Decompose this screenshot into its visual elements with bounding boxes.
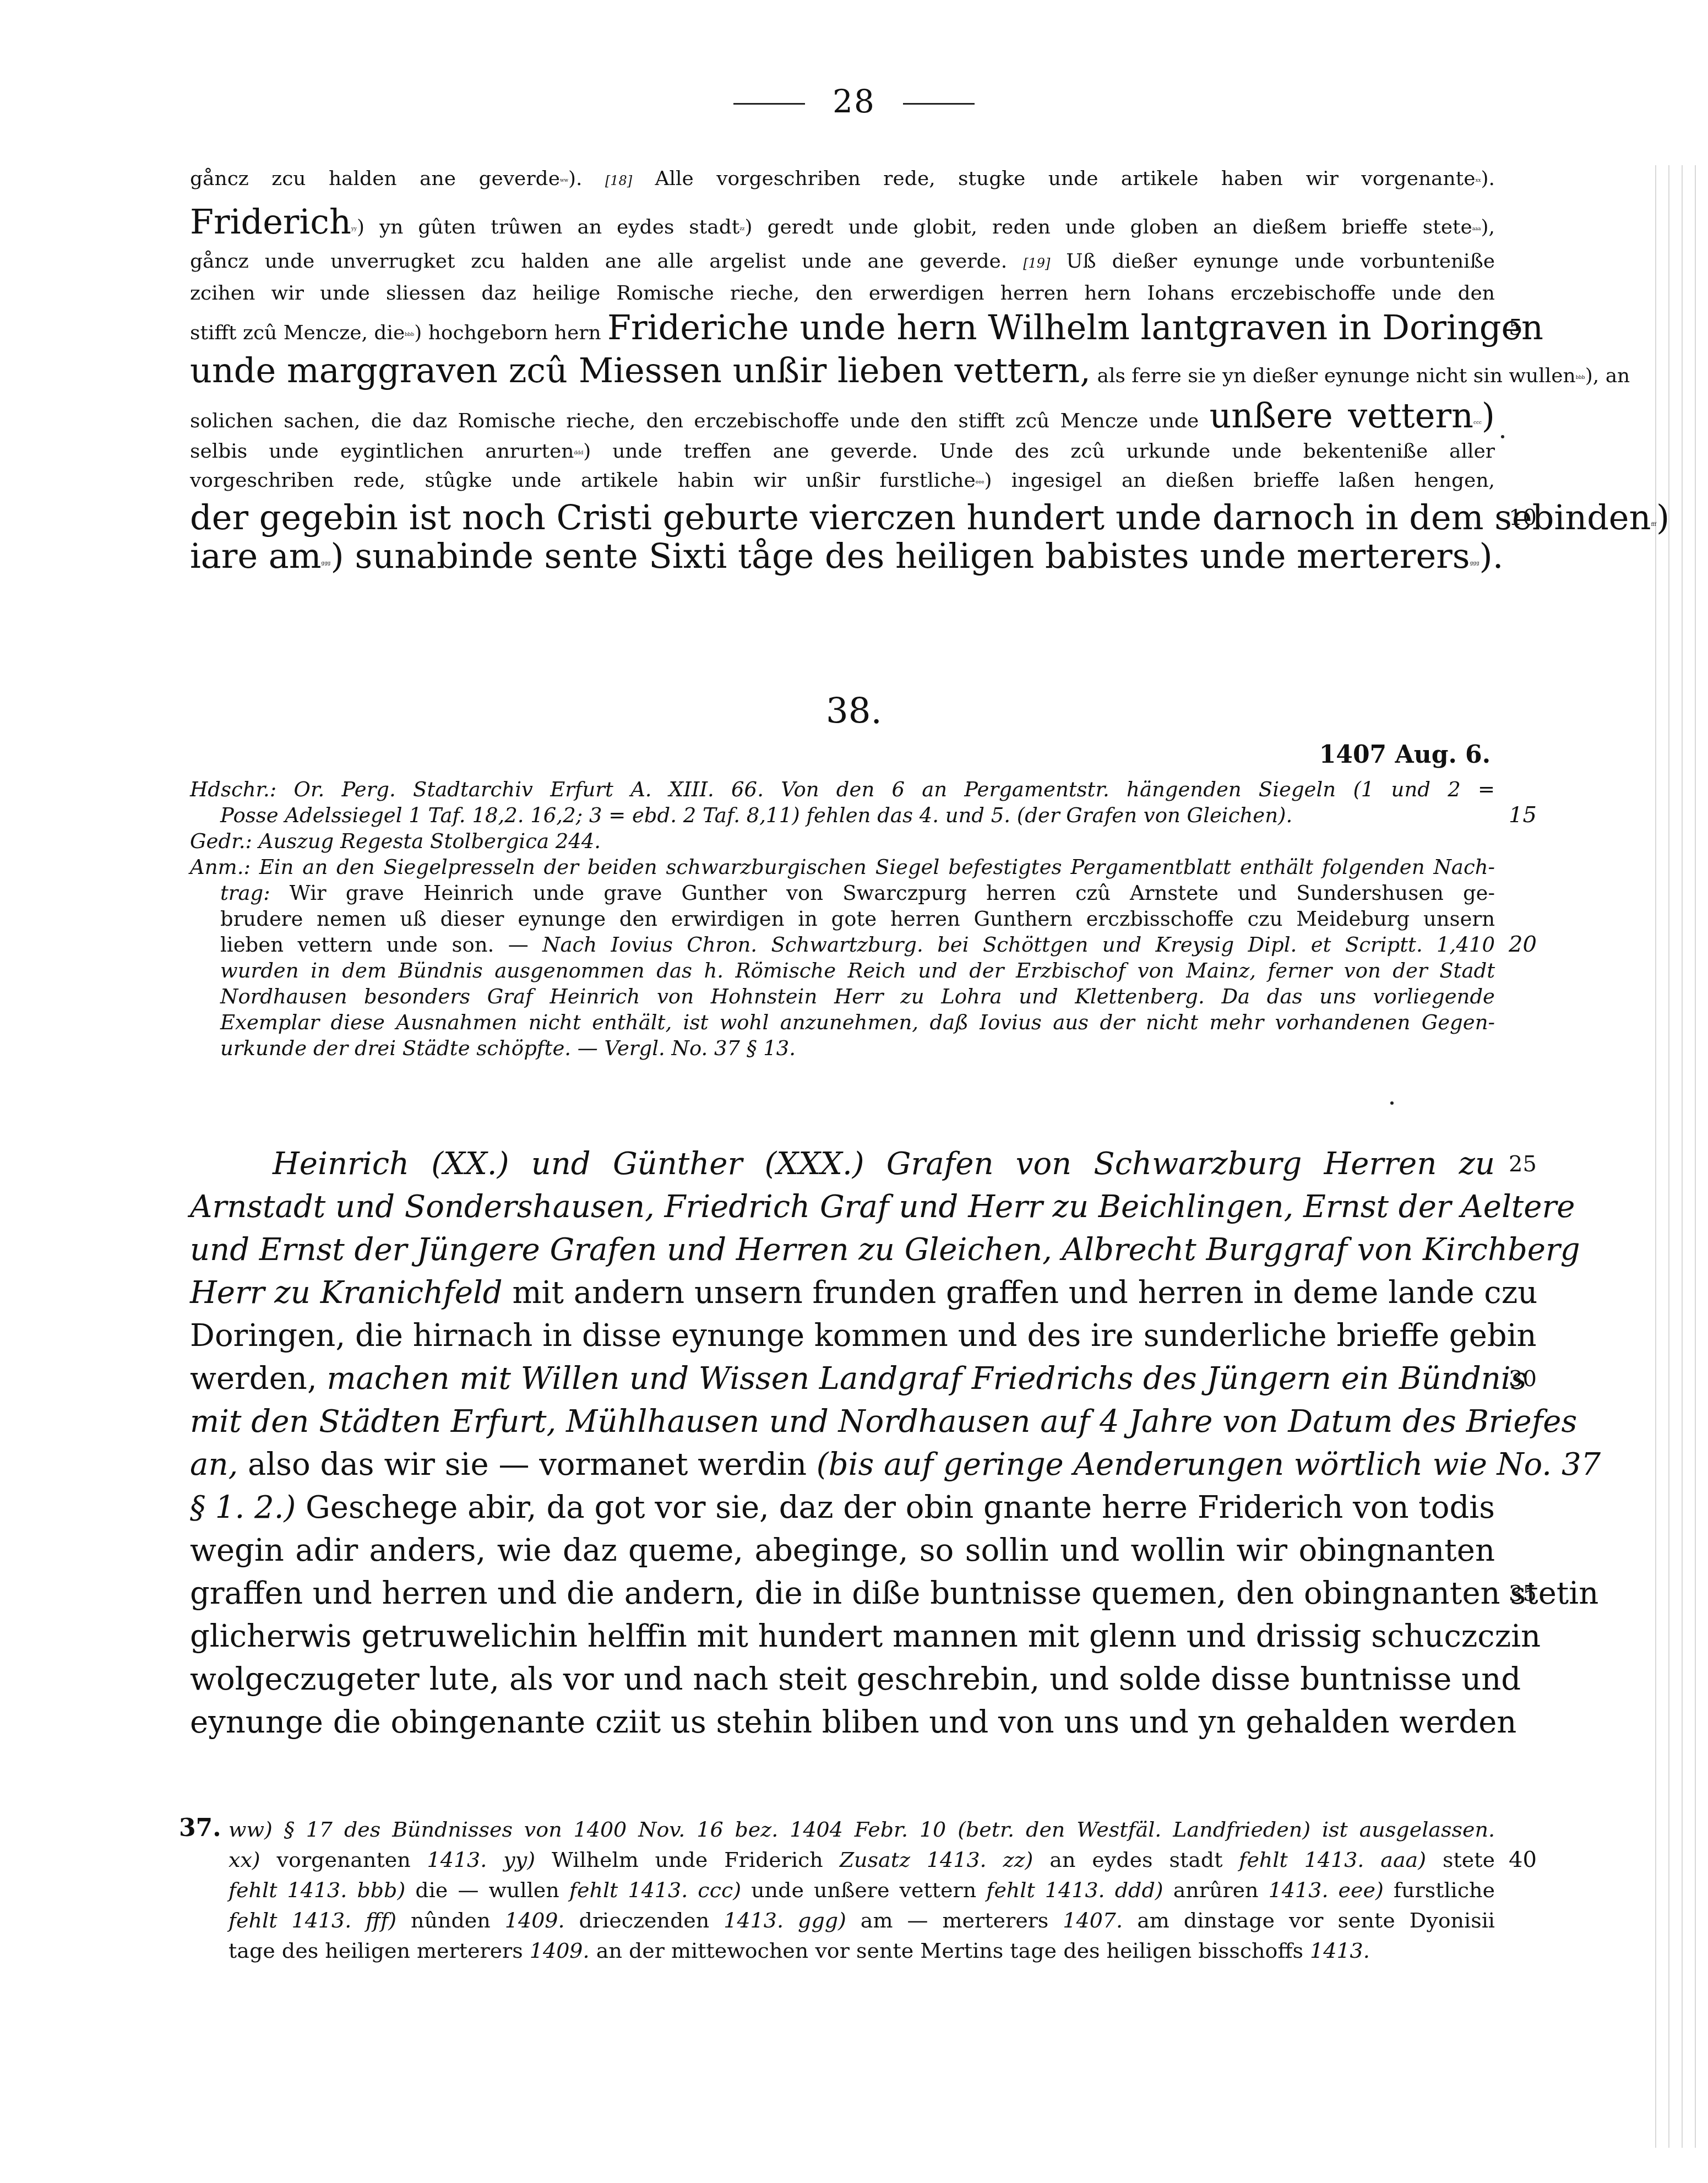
text-span: wurden in dem Bündnis ausgenommen das h.… <box>220 959 1495 982</box>
body-line: glicherwis getruwelichin helffin mit hun… <box>190 1615 1495 1658</box>
text-span: Geschege abir, da got vor sie, daz der o… <box>296 1490 1495 1525</box>
line-number: 5 <box>1509 308 1522 347</box>
text-span: Alle vorgeschriben rede, stugke unde art… <box>632 167 1475 190</box>
text-span: graffen und herren und die andern, die i… <box>190 1576 1598 1611</box>
text-span: solichen sachen, die daz Romische rieche… <box>190 410 1209 432</box>
text-span: Wir grave Heinrich unde grave Gunther vo… <box>290 881 1495 905</box>
text-span: unde unßere vettern <box>741 1878 986 1902</box>
text-span: Hdschr.: Or. Perg. Stadtarchiv Erfurt A.… <box>190 778 1495 801</box>
continuation-line: iare amggg) sunabinde sente Sixti tåge d… <box>190 537 1495 575</box>
text-span: yy <box>351 226 357 232</box>
text-span: drieczenden <box>565 1908 724 1932</box>
text-span: Posse Adelssiegel 1 Taf. 18,2. 16,2; 3 =… <box>220 803 1292 827</box>
apparatus-line: lieben vettern unde son. — Nach Iovius C… <box>190 932 1495 958</box>
text-span: ), <box>1481 216 1495 238</box>
document-date: 1407 Aug. 6. <box>1319 741 1491 769</box>
apparatus-line: Exemplar diese Ausnahmen nicht enthält, … <box>190 1009 1495 1035</box>
text-span: stete <box>1426 1848 1495 1872</box>
text-span: 1409. <box>505 1908 565 1932</box>
text-span: urkunde der drei Städte schöpfte. — Verg… <box>220 1036 796 1060</box>
line-number: 10 <box>1509 498 1537 537</box>
body-line: graffen und herren und die andern, die i… <box>190 1572 1495 1615</box>
continuation-line: selbis unde eygintlichen anrurtenddd) un… <box>190 438 1495 465</box>
text-span: der gegebin ist noch Cristi geburte vier… <box>190 497 1651 537</box>
line-number: 20 <box>1509 932 1537 958</box>
body-line: an, also das wir sie — vormanet werdin (… <box>190 1443 1495 1486</box>
text-span: 1407. <box>1063 1908 1123 1932</box>
line-number: 30 <box>1509 1357 1537 1400</box>
text-span: am — merterers <box>846 1908 1063 1932</box>
text-span: Nordhausen besonders Graf Heinrich von H… <box>220 985 1495 1008</box>
text-span: mit andern unsern frunden graffen und he… <box>503 1275 1538 1311</box>
body-line: wolgeczugeter lute, als vor und nach ste… <box>190 1658 1495 1701</box>
text-span: bbb <box>1576 375 1585 381</box>
apparatus-line: Hdschr.: Or. Perg. Stadtarchiv Erfurt A.… <box>190 776 1495 802</box>
body-line: Heinrich (XX.) und Günther (XXX.) Grafen… <box>190 1143 1495 1186</box>
body-line: § 1. 2.) Geschege abir, da got vor sie, … <box>190 1486 1495 1529</box>
text-span: bbb <box>405 332 414 338</box>
text-span: Frideriche unde hern Wilhelm lantgraven … <box>607 307 1543 347</box>
text-span: Zusatz 1413. zz) <box>840 1848 1033 1872</box>
body-line: wegin adir anders, wie daz queme, abegin… <box>190 1529 1495 1572</box>
text-span: also das wir sie — vormanet werdin <box>238 1447 817 1483</box>
text-span: unßere vettern <box>1209 395 1473 436</box>
text-span: 1413. <box>1310 1938 1370 1963</box>
speck <box>1390 1101 1394 1105</box>
text-span: 1413. ggg) <box>724 1908 846 1932</box>
text-span: fehlt 1413. bbb) <box>229 1878 405 1902</box>
continuation-line: solichen sachen, die daz Romische rieche… <box>190 397 1495 435</box>
text-span: Arnstadt und Sondershausen, Friedrich Gr… <box>190 1189 1575 1225</box>
text-span: Herr zu Kranichfeld <box>190 1275 503 1311</box>
text-span: Doringen, die hirnach in disse eynunge k… <box>190 1318 1537 1354</box>
footnote-line: xx) vorgenanten 1413. yy) Wilhelm unde F… <box>190 1845 1495 1875</box>
text-span: gåncz zcu halden ane geverde <box>190 167 560 190</box>
body-line: Herr zu Kranichfeld mit andern unsern fr… <box>190 1272 1495 1315</box>
text-span: ggg <box>322 561 331 566</box>
apparatus-line: Posse Adelssiegel 1 Taf. 18,2. 16,2; 3 =… <box>190 802 1495 828</box>
continuation-line: Friderichyy) yn gûten trûwen an eydes st… <box>190 201 1495 242</box>
text-span: eee <box>976 480 984 485</box>
body-line: eynunge die obingenante cziit us stehin … <box>190 1701 1495 1744</box>
continuation-line: der gegebin ist noch Cristi geburte vier… <box>190 498 1495 537</box>
text-span: an, <box>190 1447 238 1483</box>
text-span: ). <box>568 167 605 190</box>
text-span: Anm.: Ein an den Siegelpresseln der beid… <box>190 855 1495 879</box>
footnote-line: ww) § 17 des Bündnisses von 1400 Nov. 16… <box>190 1815 1495 1845</box>
text-span: Wilhelm unde Friderich <box>535 1848 840 1872</box>
text-span: fehlt 1413. ccc) <box>569 1878 741 1902</box>
text-span: anrûren <box>1163 1878 1269 1902</box>
text-span: fehlt 1413. ddd) <box>986 1878 1163 1902</box>
text-span: xx <box>1476 178 1481 183</box>
apparatus-line: Nordhausen besonders Graf Heinrich von H… <box>190 984 1495 1009</box>
text-span: trag: <box>220 881 290 905</box>
text-span: [19] <box>1023 256 1050 271</box>
text-span: ). <box>1481 167 1495 190</box>
text-span: ww <box>560 178 568 183</box>
text-span: fehlt 1413. fff) <box>229 1908 396 1932</box>
text-span: § 1. 2.) <box>190 1490 296 1525</box>
apparatus-line: wurden in dem Bündnis ausgenommen das h.… <box>190 958 1495 984</box>
page-number: 28 <box>833 83 875 120</box>
text-span: (bis auf geringe Aenderungen wörtlich wi… <box>817 1447 1601 1483</box>
text-span: fehlt 1413. aaa) <box>1239 1848 1426 1872</box>
text-span: ) yn gûten trûwen an eydes stadt <box>357 216 739 238</box>
text-span: ) sunabinde sente Sixti tåge des heilige… <box>331 536 1470 576</box>
text-span: selbis unde eygintlichen anrurten <box>190 440 574 463</box>
text-span: werden, <box>190 1361 327 1397</box>
continuation-line: unde marggraven zcû Miessen unßir lieben… <box>190 350 1495 391</box>
text-span: gåncz unde unverrugket zcu halden ane al… <box>190 250 1023 273</box>
apparatus-line: urkunde der drei Städte schöpfte. — Verg… <box>190 1035 1495 1061</box>
text-span: zcihen wir unde sliessen daz heilige Rom… <box>190 282 1495 305</box>
text-span: brudere nemen uß dieser eynunge den erwi… <box>220 907 1495 931</box>
footnote-line: fehlt 1413. fff) nûnden 1409. drieczende… <box>190 1905 1495 1936</box>
line-number: 25 <box>1509 1143 1537 1186</box>
text-span: machen mit Willen und Wissen Landgraf Fr… <box>327 1361 1527 1397</box>
apparatus-line: trag: Wir grave Heinrich unde grave Gunt… <box>190 880 1495 906</box>
text-span: 1409. <box>530 1938 590 1963</box>
text-span: ) ingesigel an dießen brieffe laßen heng… <box>984 469 1495 492</box>
text-span: ) <box>1482 395 1495 436</box>
continuation-line: vorgeschriben rede, stûgke unde artikele… <box>190 465 1495 496</box>
footnote-line: tage des heiligen merterers 1409. an der… <box>190 1936 1495 1966</box>
body-line: und Ernst der Jüngere Grafen und Herren … <box>190 1229 1495 1272</box>
text-span: und Ernst der Jüngere Grafen und Herren … <box>190 1232 1580 1268</box>
text-span: 1413. yy) <box>427 1848 535 1872</box>
text-span: lieben vettern unde son. — <box>220 933 542 957</box>
text-span: Friderich <box>190 202 351 242</box>
text-span: die — wullen <box>405 1878 569 1902</box>
scan-edge-artifact <box>1647 165 1708 2148</box>
body-line: werden, machen mit Willen und Wissen Lan… <box>190 1357 1495 1400</box>
page-header: 28 <box>0 83 1708 120</box>
text-span: wegin adir anders, wie daz queme, abegin… <box>190 1533 1495 1568</box>
text-span: Uß dießer eynunge unde vorbunteniße <box>1050 250 1495 273</box>
continuation-line: gåncz zcu halden ane geverdeww). [18] Al… <box>190 162 1495 196</box>
continuation-line: stifft zcû Mencze, diebbb) hochgeborn he… <box>190 308 1495 347</box>
body-line: Doringen, die hirnach in disse eynunge k… <box>190 1315 1495 1357</box>
text-span: stifft zcû Mencze, die <box>190 322 405 344</box>
text-span: glicherwis getruwelichin helffin mit hun… <box>190 1619 1541 1654</box>
text-span: ) hochgeborn hern <box>414 322 607 344</box>
text-span: zz <box>739 226 744 232</box>
text-span: 1413. eee) <box>1269 1878 1384 1902</box>
text-span: nûnden <box>396 1908 505 1932</box>
text-span: aaa <box>1472 226 1481 232</box>
text-span: ) geredt unde globit, reden unde globen … <box>745 216 1472 238</box>
text-span: xx) <box>229 1848 260 1872</box>
text-span: unde marggraven zcû Miessen unßir lieben… <box>190 350 1091 390</box>
text-span: ) unde treffen ane geverde. Unde des zcû… <box>583 440 1495 463</box>
speck <box>1501 435 1504 438</box>
text-span: vorgenanten <box>260 1848 427 1872</box>
text-span: ddd <box>574 450 583 456</box>
text-span: ww) § 17 des Bündnisses von 1400 Nov. 16… <box>229 1817 1495 1842</box>
text-span: vorgeschriben rede, stûgke unde artikele… <box>190 469 976 492</box>
text-span: Heinrich (XX.) und Günther (XXX.) Grafen… <box>273 1146 1495 1182</box>
text-span: an der mittewochen vor sente Mertins tag… <box>590 1938 1310 1963</box>
text-span: mit den Städten Erfurt, Mühlhausen und N… <box>190 1404 1577 1440</box>
text-span: Nach Iovius Chron. Schwartzburg. bei Sch… <box>542 933 1495 957</box>
text-span: iare am <box>190 536 322 576</box>
text-span: wolgeczugeter lute, als vor und nach ste… <box>190 1661 1521 1697</box>
continuation-line: zcihen wir unde sliessen daz heilige Rom… <box>190 278 1495 308</box>
text-span: tage des heiligen merterers <box>229 1938 530 1963</box>
body-line: Arnstadt und Sondershausen, Friedrich Gr… <box>190 1186 1495 1229</box>
text-span: eynunge die obingenante cziit us stehin … <box>190 1704 1516 1740</box>
footnote-line: fehlt 1413. bbb) die — wullen fehlt 1413… <box>190 1875 1495 1905</box>
header-rule-right <box>903 103 975 105</box>
text-span: [18] <box>605 173 632 188</box>
text-span: ggg <box>1470 561 1479 566</box>
apparatus-line: Anm.: Ein an den Siegelpresseln der beid… <box>190 854 1495 880</box>
continuation-line: gåncz unde unverrugket zcu halden ane al… <box>190 245 1495 278</box>
header-rule-left <box>733 103 805 105</box>
document-number: 38. <box>0 691 1708 732</box>
text-span: ccc <box>1473 420 1482 426</box>
line-number: 35 <box>1509 1572 1537 1615</box>
text-span: Exemplar diese Ausnahmen nicht enthält, … <box>220 1011 1495 1034</box>
text-span: am dinstage vor sente Dyonisii <box>1123 1908 1495 1932</box>
text-span: Gedr.: Auszug Regesta Stolbergica 244. <box>190 829 601 853</box>
text-span: als ferre sie yn dießer eynunge nicht si… <box>1091 365 1576 387</box>
text-span: ), an <box>1585 365 1630 387</box>
line-number: 40 <box>1509 1845 1537 1875</box>
apparatus-line: brudere nemen uß dieser eynunge den erwi… <box>190 906 1495 932</box>
apparatus-line: Gedr.: Auszug Regesta Stolbergica 244. <box>190 828 1495 854</box>
text-span: furstliche <box>1384 1878 1495 1902</box>
text-span: ). <box>1479 536 1504 576</box>
body-line: mit den Städten Erfurt, Mühlhausen und N… <box>190 1400 1495 1443</box>
text-span: an eydes stadt <box>1033 1848 1239 1872</box>
line-number: 15 <box>1509 802 1537 828</box>
